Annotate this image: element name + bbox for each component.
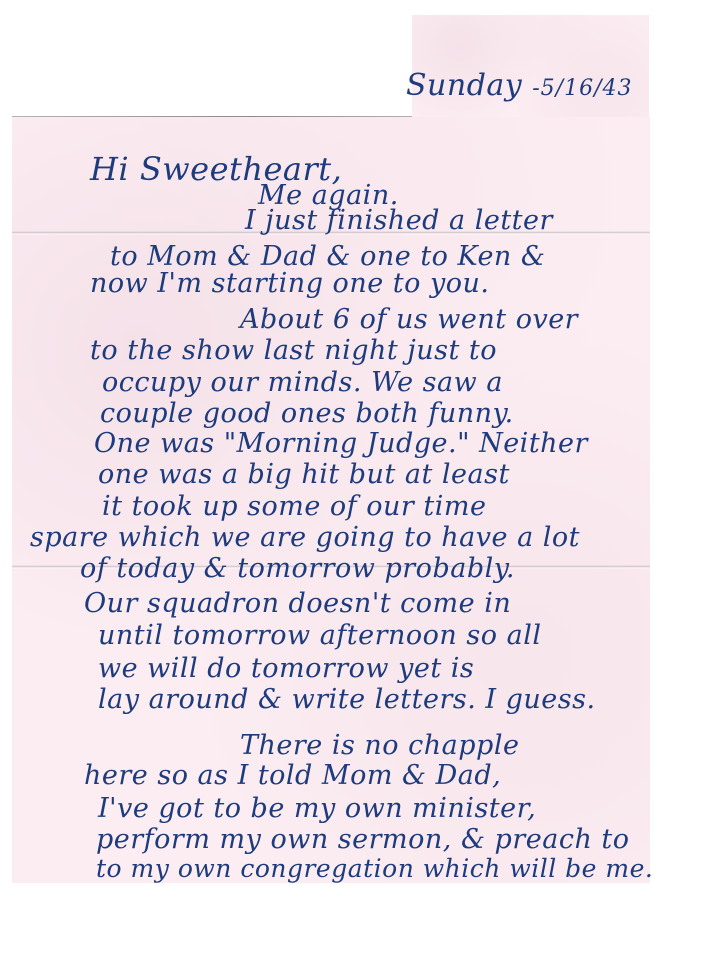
letter-line: couple good ones both funny. bbox=[100, 400, 514, 427]
letter-line: I've got to be my own minister, bbox=[98, 795, 536, 822]
letter-line: to my own congregation which will be me. bbox=[96, 856, 653, 881]
letter-day: Sunday bbox=[406, 68, 522, 103]
letter-line: it took up some of our time bbox=[102, 493, 486, 520]
letter-line: lay around & write letters. I guess. bbox=[98, 686, 596, 713]
letter-line: occupy our minds. We saw a bbox=[102, 369, 503, 396]
letter-line: About 6 of us went over bbox=[240, 306, 578, 333]
letter-line: one was a big hit but at least bbox=[98, 461, 510, 488]
letter-line: I just finished a letter bbox=[245, 207, 553, 234]
letter-line: One was "Morning Judge." Neither bbox=[94, 430, 588, 457]
letter-date-header: Sunday-5/16/43 bbox=[406, 68, 632, 103]
letter-line: to the show last night just to bbox=[90, 337, 497, 364]
letter-date: -5/16/43 bbox=[532, 76, 632, 101]
letter-line: spare which we are going to have a lot bbox=[30, 524, 580, 551]
letter-line: now I'm starting one to you. bbox=[90, 270, 489, 297]
paper-edge bbox=[12, 116, 412, 117]
letter-line: Our squadron doesn't come in bbox=[84, 590, 511, 617]
letter-line: There is no chapple bbox=[240, 732, 519, 759]
letter-line: perform my own sermon, & preach to bbox=[96, 826, 630, 853]
letter-line: of today & tomorrow probably. bbox=[80, 555, 515, 582]
letter-line: until tomorrow afternoon so all bbox=[98, 622, 541, 649]
letter-line: to Mom & Dad & one to Ken & bbox=[110, 243, 545, 270]
letter-line: we will do tomorrow yet is bbox=[98, 655, 474, 682]
letter-top-tab bbox=[412, 15, 649, 119]
letter-line: here so as I told Mom & Dad, bbox=[84, 762, 501, 789]
